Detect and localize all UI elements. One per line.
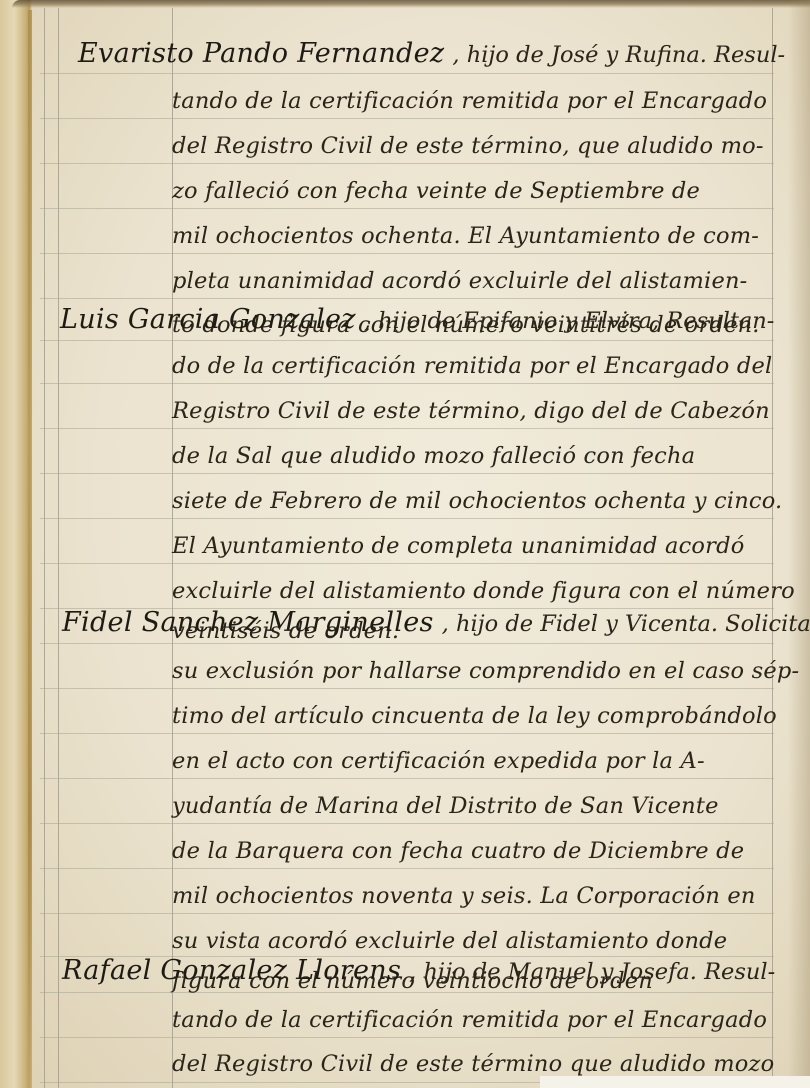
left-margin-line: [58, 8, 59, 1088]
ruled-line: [40, 118, 774, 119]
page-top-edge: [12, 0, 810, 8]
entry-text-line: tando de la certificación remitida por e…: [172, 88, 772, 114]
entry-text-line: tando de la certificación remitida por e…: [172, 1007, 772, 1033]
entry-text: , hijo de José y Rufina. Resul-: [452, 42, 785, 68]
ruled-line: [40, 340, 774, 341]
entry-text-line: Registro Civil de este término, digo del…: [172, 398, 772, 424]
entry-text-line: siete de Febrero de mil ochocientos oche…: [172, 488, 772, 514]
ruled-line: [40, 868, 774, 869]
entry-text-line: El Ayuntamiento de completa unanimidad a…: [172, 533, 772, 559]
ruled-line: [40, 1037, 774, 1038]
entry-text-line: timo del artículo cincuenta de la ley co…: [172, 703, 772, 729]
entry-text-line: su exclusión por hallarse comprendido en…: [172, 658, 772, 684]
outer-margin-line: [44, 8, 45, 1088]
ruled-line: [40, 688, 774, 689]
entry-text: , hijo de Epifanio y Elvira, Resultan-: [364, 308, 775, 334]
entry-text-line: pleta unanimidad acordó excluirle del al…: [172, 268, 772, 294]
entry-text-line: yudantía de Marina del Distrito de San V…: [172, 793, 772, 819]
entry-name: Evaristo Pando Fernandez: [78, 38, 444, 69]
ruled-line: [40, 473, 774, 474]
ruled-line: [40, 518, 774, 519]
manuscript-page: Evaristo Pando Fernandez, hijo de José y…: [0, 0, 810, 1088]
entry-text-line: su vista acordó excluirle del alistamien…: [172, 928, 772, 954]
ruled-line: [40, 298, 774, 299]
ruled-line: [40, 73, 774, 74]
entry-name: Luis Garcia Gonzalez: [60, 304, 356, 335]
page-right-shadow: [788, 0, 810, 1088]
entry-evaristo-header: Evaristo Pando Fernandez, hijo de José y…: [78, 38, 785, 69]
entry-text-line: de la Sal que aludido mozo falleció con …: [172, 443, 772, 469]
entry-text-line: mil ochocientos noventa y seis. La Corpo…: [172, 883, 772, 909]
ruled-line: [40, 428, 774, 429]
entry-name: Rafael Gonzalez Llorens: [62, 955, 401, 986]
entry-luis-header: Luis Garcia Gonzalez, hijo de Epifanio y…: [60, 304, 774, 335]
ruled-line: [40, 823, 774, 824]
ruled-line: [40, 913, 774, 914]
ruled-line: [40, 253, 774, 254]
ruled-line: [40, 778, 774, 779]
ruled-line: [40, 208, 774, 209]
entry-text-line: do de la certificación remitida por el E…: [172, 353, 772, 379]
entry-text-line: excluirle del alistamiento donde figura …: [172, 578, 772, 604]
entry-text-line: del Registro Civil de este término que a…: [172, 1051, 772, 1077]
edge-stain: [28, 10, 32, 1088]
entry-name: Fidel Sanchez Marginelles: [62, 607, 434, 638]
entry-text-line: del Registro Civil de este término, que …: [172, 133, 772, 159]
entry-rafael-header: Rafael Gonzalez Llorens, hijo de Manuel …: [62, 955, 775, 986]
scan-border: [540, 1076, 810, 1088]
entry-text-line: de la Barquera con fecha cuatro de Dicie…: [172, 838, 772, 864]
ruled-line: [40, 733, 774, 734]
ruled-line: [40, 563, 774, 564]
right-margin-line: [772, 8, 773, 1088]
entry-text: , hijo de Fidel y Vicenta. Solicita: [442, 611, 810, 637]
entry-text-line: mil ochocientos ochenta. El Ayuntamiento…: [172, 223, 772, 249]
ruled-line: [40, 383, 774, 384]
entry-text-line: en el acto con certificación expedida po…: [172, 748, 772, 774]
entry-text-line: zo falleció con fecha veinte de Septiemb…: [172, 178, 772, 204]
ruled-line: [40, 163, 774, 164]
entry-text: , hijo de Manuel y Josefa. Resul-: [409, 959, 775, 985]
entry-fidel-header: Fidel Sanchez Marginelles, hijo de Fidel…: [62, 607, 810, 638]
